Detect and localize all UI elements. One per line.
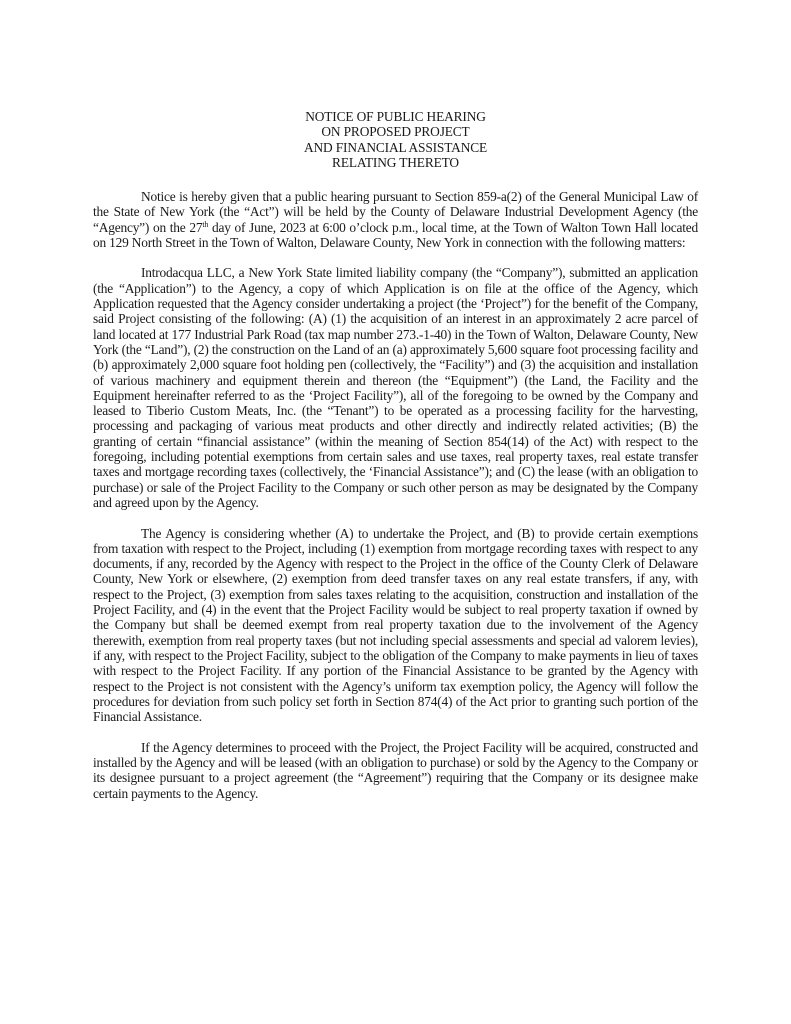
notice-title: NOTICE OF PUBLIC HEARING ON PROPOSED PRO… <box>93 109 698 170</box>
notice-body: Notice is hereby given that a public hea… <box>93 189 698 801</box>
title-line-2: ON PROPOSED PROJECT <box>93 124 698 139</box>
title-line-3: AND FINANCIAL ASSISTANCE <box>93 140 698 155</box>
title-line-1: NOTICE OF PUBLIC HEARING <box>93 109 698 124</box>
paragraph-project-description: Introdacqua LLC, a New York State limite… <box>93 265 698 510</box>
document-page: NOTICE OF PUBLIC HEARING ON PROPOSED PRO… <box>0 0 791 1024</box>
paragraph-tax-exemptions: The Agency is considering whether (A) to… <box>93 526 698 725</box>
title-line-4: RELATING THERETO <box>93 155 698 170</box>
paragraph-hearing-notice: Notice is hereby given that a public hea… <box>93 189 698 250</box>
paragraph-project-agreement: If the Agency determines to proceed with… <box>93 740 698 801</box>
